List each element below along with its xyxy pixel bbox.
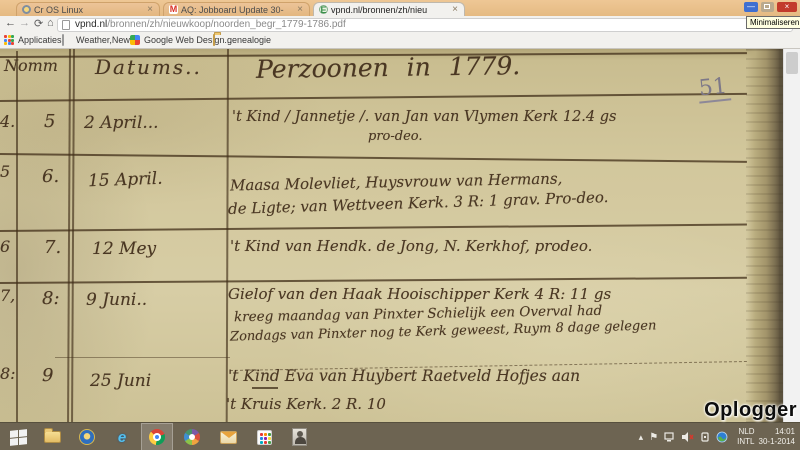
table-rule-vertical xyxy=(16,51,18,422)
book-page-edge xyxy=(746,49,783,422)
cros-favicon-icon xyxy=(22,5,31,14)
row-nummer: 9 xyxy=(42,365,53,386)
taskbar-chrome[interactable] xyxy=(141,423,173,450)
scrollbar-thumb[interactable] xyxy=(786,52,798,74)
volume-muted-icon[interactable] xyxy=(682,432,694,442)
tab-strip: Cr OS Linux × M AQ: Jobboard Update 30- … xyxy=(0,0,800,16)
hidden-icons-chevron-icon[interactable]: ▴ xyxy=(639,433,644,442)
mail-icon xyxy=(220,431,237,444)
row-margin-number: 6 xyxy=(0,237,10,256)
row-margin-number: 4. xyxy=(0,112,15,131)
row-datum: 25 Juni xyxy=(90,371,151,391)
start-button[interactable] xyxy=(2,423,34,450)
tab-vpnd-pdf[interactable]: E vpnd.nl/bronnen/zh/nieu × xyxy=(313,2,465,16)
row-nummer: 5 xyxy=(44,111,55,132)
page-favicon-icon xyxy=(62,20,70,30)
taskbar: e ▴ ⚑ NLD INTL 14:0 xyxy=(0,422,800,450)
bookmark-applicaties[interactable]: Applicaties xyxy=(4,35,62,45)
language-indicator[interactable]: NLD INTL xyxy=(737,423,754,450)
picasa-icon xyxy=(184,429,200,445)
taskbar-app-grid[interactable] xyxy=(248,423,280,450)
row-datum: 12 Mey xyxy=(92,239,156,259)
compass-icon xyxy=(79,429,95,445)
column-header-datum: Datums.. xyxy=(95,55,202,79)
column-header-nummer: Nomm xyxy=(4,56,58,75)
clock[interactable]: 14:01 30-1-2014 xyxy=(759,423,795,450)
eva-underline xyxy=(252,387,278,389)
bookmark-label: Weather,News xyxy=(76,35,134,45)
row-datum: 15 April. xyxy=(88,169,163,192)
folder-icon xyxy=(213,34,215,46)
url-host: vpnd.nl xyxy=(75,19,107,30)
row-person-text: Gielof van den Haak Hooischipper Kerk 4 … xyxy=(228,285,611,303)
url-text: vpnd.nl/bronnen/zh/nieuwkoop/noorden_beg… xyxy=(75,19,346,30)
pencil-page-number: 51 xyxy=(697,73,732,103)
row-person-text: 't Kind van Hendk. de Jong, N. Kerkhof, … xyxy=(230,237,592,255)
google-icon xyxy=(130,35,140,45)
tab-cr-os-linux[interactable]: Cr OS Linux × xyxy=(16,2,160,16)
network-icon[interactable] xyxy=(664,432,676,442)
forward-button[interactable]: → xyxy=(19,17,30,29)
row-datum: 9 Juni.. xyxy=(86,290,147,310)
maximize-button[interactable] xyxy=(761,2,774,12)
tab-close-icon[interactable]: × xyxy=(451,5,459,15)
apps-grid-icon xyxy=(4,35,14,45)
table-rule xyxy=(55,357,230,358)
language-code: NLD xyxy=(739,427,755,437)
safety-globe-icon[interactable] xyxy=(716,431,728,443)
row-person-text: pro-deo. xyxy=(368,129,423,144)
tab-jobboard-update[interactable]: M AQ: Jobboard Update 30- × xyxy=(163,2,310,16)
screen: Cr OS Linux × M AQ: Jobboard Update 30- … xyxy=(0,0,800,450)
taskbar-portrait-photo[interactable] xyxy=(283,423,315,450)
close-window-button[interactable]: × xyxy=(777,2,797,12)
pdf-scan-page: Nomm Datums.. Perzoonen in 1779. 51 4. 5… xyxy=(0,49,800,422)
tab-close-icon[interactable]: × xyxy=(146,5,154,15)
tab-title: AQ: Jobboard Update 30- xyxy=(181,5,292,15)
address-bar[interactable]: vpnd.nl/bronnen/zh/nieuwkoop/noorden_beg… xyxy=(57,18,793,32)
portrait-photo-icon xyxy=(292,428,307,446)
taskbar-compass-app[interactable] xyxy=(71,423,103,450)
row-margin-number: 7, xyxy=(0,286,15,305)
bookmarks-bar: Applicaties Weather,News Google Web Desi… xyxy=(0,33,800,49)
bookmark-label: genealogie xyxy=(227,35,271,45)
row-nummer: 8: xyxy=(42,288,60,309)
taskbar-internet-explorer[interactable]: e xyxy=(106,423,138,450)
bookmark-genealogie[interactable]: genealogie xyxy=(213,35,271,45)
row-nummer: 7. xyxy=(44,237,61,258)
minimize-button[interactable]: — xyxy=(744,2,758,12)
system-tray: ▴ ⚑ NLD INTL 14:01 30-1-2014 xyxy=(636,423,800,450)
tab-title: vpnd.nl/bronnen/zh/nieu xyxy=(331,5,447,15)
column-header-personen: Perzoonen in 1779. xyxy=(256,51,521,84)
row-margin-number: 5 xyxy=(0,162,10,181)
oplogger-watermark: Oplogger xyxy=(704,399,797,422)
gmail-favicon-icon: M xyxy=(169,5,178,14)
row-margin-number: 8: xyxy=(0,364,16,383)
file-explorer-icon xyxy=(44,431,61,443)
url-path: /bronnen/zh/nieuwkoop/noorden_begr_1779-… xyxy=(107,19,346,30)
row-nummer: 6. xyxy=(42,166,59,187)
action-center-flag-icon[interactable]: ⚑ xyxy=(649,433,658,442)
windows-logo-icon xyxy=(10,429,27,446)
scrollbar[interactable] xyxy=(783,49,800,422)
minimize-tooltip: Minimaliseren xyxy=(746,16,800,29)
row-person-text: 't Kind / Jannetje /. van Jan van Vlymen… xyxy=(232,109,616,125)
taskbar-mail[interactable] xyxy=(212,423,244,450)
browser-toolbar: ← → ⟳ ⌂ vpnd.nl/bronnen/zh/nieuwkoop/noo… xyxy=(0,16,800,33)
bookmark-weather-news[interactable]: Weather,News xyxy=(62,35,134,45)
page-icon xyxy=(62,34,64,46)
maximize-icon xyxy=(764,4,770,9)
row-person-text: 't Kind Eva van Huybert Raetveld Hofjes … xyxy=(228,367,580,385)
app-grid-icon xyxy=(257,430,272,445)
row-datum: 2 April... xyxy=(84,113,159,133)
taskbar-picasa[interactable] xyxy=(176,423,208,450)
back-button[interactable]: ← xyxy=(5,17,16,29)
vpnd-favicon-icon: E xyxy=(319,5,328,14)
chrome-icon xyxy=(149,429,165,445)
internet-explorer-icon: e xyxy=(118,429,126,446)
power-plug-icon[interactable] xyxy=(700,432,710,442)
bookmark-label: Applicaties xyxy=(18,35,62,45)
taskbar-file-explorer[interactable] xyxy=(36,423,68,450)
home-button[interactable]: ⌂ xyxy=(47,17,54,29)
clock-date: 30-1-2014 xyxy=(759,437,795,447)
tab-title: Cr OS Linux xyxy=(34,5,142,15)
keyboard-layout: INTL xyxy=(737,437,754,447)
tab-close-icon[interactable]: × xyxy=(296,5,304,15)
clock-time: 14:01 xyxy=(775,427,795,437)
reload-button[interactable]: ⟳ xyxy=(34,17,43,30)
row-person-text: 't Kruis Kerk. 2 R. 10 xyxy=(226,395,386,413)
